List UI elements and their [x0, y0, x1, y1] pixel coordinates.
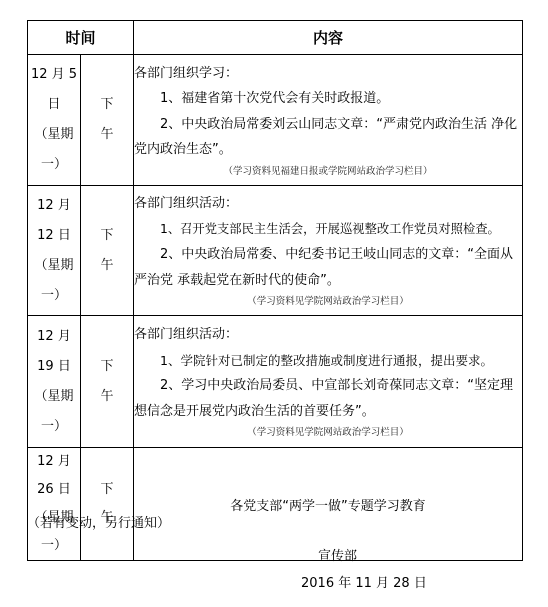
table-row: 12 月 26 日 （星期一） 下 午 各党支部“两学一做”专题学习教育: [28, 448, 523, 561]
period-cell: 下 午: [81, 448, 134, 561]
table-row: 12 月 5 日 （星期一） 下 午 各部门组织学习： 1、福建省第十次党代会有…: [28, 55, 523, 186]
period-char: 下: [81, 352, 133, 382]
date: 12 月 5 日: [28, 60, 80, 120]
content-note: （学习资料见学院网站政治学习栏目）: [134, 424, 522, 441]
table-row: 12 月 19 日 （星期一） 下 午 各部门组织活动： 1、学院针对已制定的整…: [28, 316, 523, 448]
issue-date: 2016 年 11 月 28 日: [301, 572, 427, 591]
content-intro: 各部门组织学习：: [134, 61, 522, 87]
content-item: 2、中央政治局常委刘云山同志文章：“严肃党内政治生活 净化党内政治生态”。: [134, 112, 522, 163]
content-cell: 各部门组织学习： 1、福建省第十次党代会有关时政报道。 2、中央政治局常委刘云山…: [134, 55, 523, 186]
date-cell: 12 月 12 日 （星期一）: [28, 186, 81, 316]
period-char: 午: [81, 120, 133, 150]
schedule-table: 时间 内容 12 月 5 日 （星期一） 下 午 各部门组织学习： 1、福建省第…: [27, 20, 523, 561]
period-char: 下: [81, 221, 133, 251]
table-header-row: 时间 内容: [28, 21, 523, 55]
date-cell: 12 月 5 日 （星期一）: [28, 55, 81, 186]
period-cell: 下 午: [81, 55, 134, 186]
period-cell: 下 午: [81, 316, 134, 448]
header-time: 时间: [28, 21, 134, 55]
period-cell: 下 午: [81, 186, 134, 316]
period-char: 下: [81, 90, 133, 120]
content-note: （学习资料见学院网站政治学习栏目）: [134, 293, 522, 310]
content-item: 1、召开党支部民主生活会，开展巡视整改工作党员对照检查。: [134, 217, 522, 243]
issuing-department: 宣传部: [318, 545, 357, 564]
content-item: 2、中央政治局常委、中纪委书记王岐山同志的文章：“全面从严治党 承载起党在新时代…: [134, 242, 522, 293]
period-char: 午: [81, 382, 133, 412]
weekday: （星期一）: [28, 382, 80, 442]
content-item-text: 2、中央政治局常委刘云山同志文章：“严肃党内政治生活 净化党内政治生态”。: [134, 117, 517, 158]
date-cell: 12 月 26 日 （星期一）: [28, 448, 81, 561]
date: 12 月 12 日: [28, 191, 80, 251]
content-item: 1、学院针对已制定的整改措施或制度进行通报，提出要求。: [134, 348, 522, 374]
content-item: 1、福建省第十次党代会有关时政报道。: [134, 86, 522, 112]
date: 12 月 26 日: [28, 448, 80, 504]
content-intro: 各部门组织活动：: [134, 322, 522, 348]
content-intro: 各部门组织活动：: [134, 191, 522, 217]
content-cell: 各部门组织活动： 1、学院针对已制定的整改措施或制度进行通报，提出要求。 2、学…: [134, 316, 523, 448]
content-cell: 各党支部“两学一做”专题学习教育: [134, 448, 523, 561]
content-cell: 各部门组织活动： 1、召开党支部民主生活会，开展巡视整改工作党员对照检查。 2、…: [134, 186, 523, 316]
header-content: 内容: [134, 21, 523, 55]
period-char: 下: [81, 476, 133, 504]
change-notice: （若有变动，另行通知）: [27, 512, 170, 531]
content-item: 2、学习中央政治局委员、中宣部长刘奇葆同志文章：“坚定理想信念是开展党内政治生活…: [134, 373, 522, 424]
table-row: 12 月 12 日 （星期一） 下 午 各部门组织活动： 1、召开党支部民主生活…: [28, 186, 523, 316]
date-cell: 12 月 19 日 （星期一）: [28, 316, 81, 448]
weekday: （星期一）: [28, 120, 80, 180]
content-item-text: 2、学习中央政治局委员、中宣部长刘奇葆同志文章：“坚定理想信念是开展党内政治生活…: [134, 378, 513, 419]
date: 12 月 19 日: [28, 322, 80, 382]
period-char: 午: [81, 251, 133, 281]
weekday: （星期一）: [28, 251, 80, 311]
content-note: （学习资料见福建日报或学院网站政治学习栏目）: [134, 163, 522, 180]
content-item-text: 2、中央政治局常委、中纪委书记王岐山同志的文章：“全面从严治党 承载起党在新时代…: [134, 247, 513, 288]
